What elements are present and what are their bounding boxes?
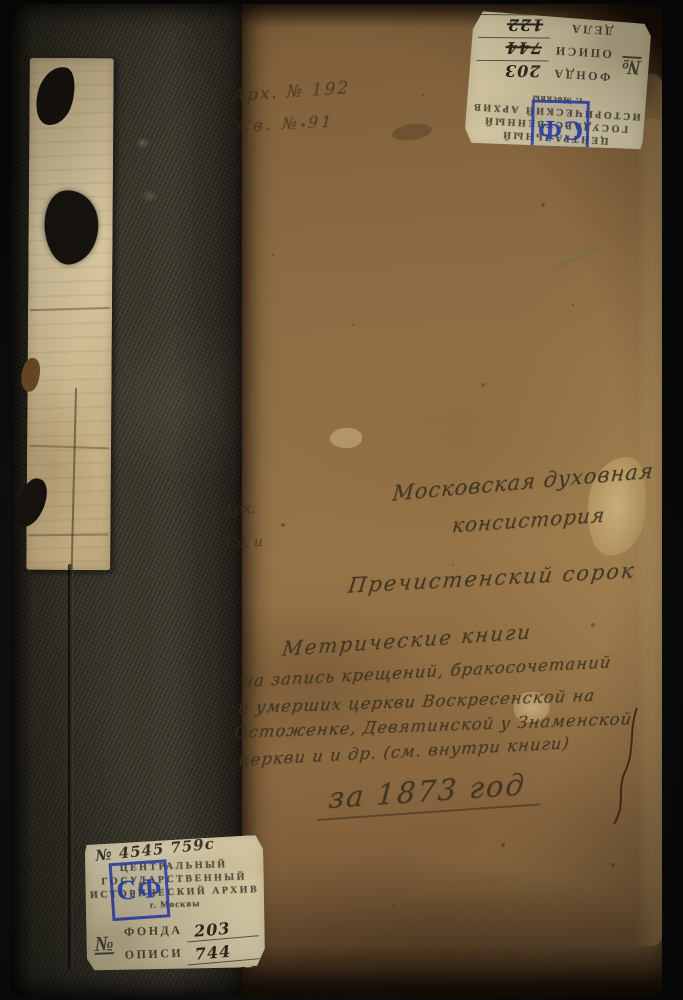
paper-split (71, 388, 77, 570)
opis-label: ОПИСИ (549, 43, 612, 62)
fond-opis-delo-table: № ФОНДА 203 ОПИСИ 744 ДЕЛА 122 (468, 15, 652, 95)
abrasion-patch (330, 428, 362, 448)
torn-patch (11, 475, 51, 531)
archive-stamp-top: ЦЕНТРАЛЬНЫЙ ГОСУДАРСТВЕННЫЙ ИСТОРИЧЕСКИЙ… (464, 11, 652, 154)
stain (391, 121, 433, 143)
sf-seal-stamp: СФ (109, 859, 171, 921)
book-cover: Арх. № 192 Св. № 91 Арх. Св. и Московска… (10, 4, 662, 996)
paper-crease (28, 534, 108, 537)
opis-label: ОПИСИ (124, 945, 186, 962)
fond-label: ФОНДА (124, 922, 186, 939)
pencil-note: Св. и (226, 534, 263, 553)
number-sign: № (621, 54, 642, 80)
photo-background: Арх. № 192 Св. № 91 Арх. Св. и Московска… (0, 0, 683, 1000)
edge-wear (242, 946, 662, 996)
fond-value: 203 (476, 60, 548, 81)
fond-label: ФОНДА (548, 66, 611, 85)
torn-patch (19, 356, 43, 393)
paper-crease (30, 307, 110, 311)
opis-value: 744 (478, 37, 550, 58)
paper-crease (29, 445, 109, 450)
archive-stamp-bottom: № 4545 759с ЦЕНТРАЛЬНЫЙ ГОСУДАРСТВЕННЫЙ … (83, 835, 267, 973)
spine-label-strip (26, 58, 114, 571)
green-mark (554, 242, 606, 272)
torn-patch (41, 187, 103, 267)
pencil-note: Арх. (222, 498, 256, 519)
torn-patch (31, 62, 81, 129)
number-sign: № (94, 931, 114, 957)
spine-crease (68, 564, 73, 970)
delo-value: 122 (479, 14, 551, 35)
delo-label: ДЕЛА (551, 20, 614, 39)
dirt-specks (242, 4, 244, 6)
